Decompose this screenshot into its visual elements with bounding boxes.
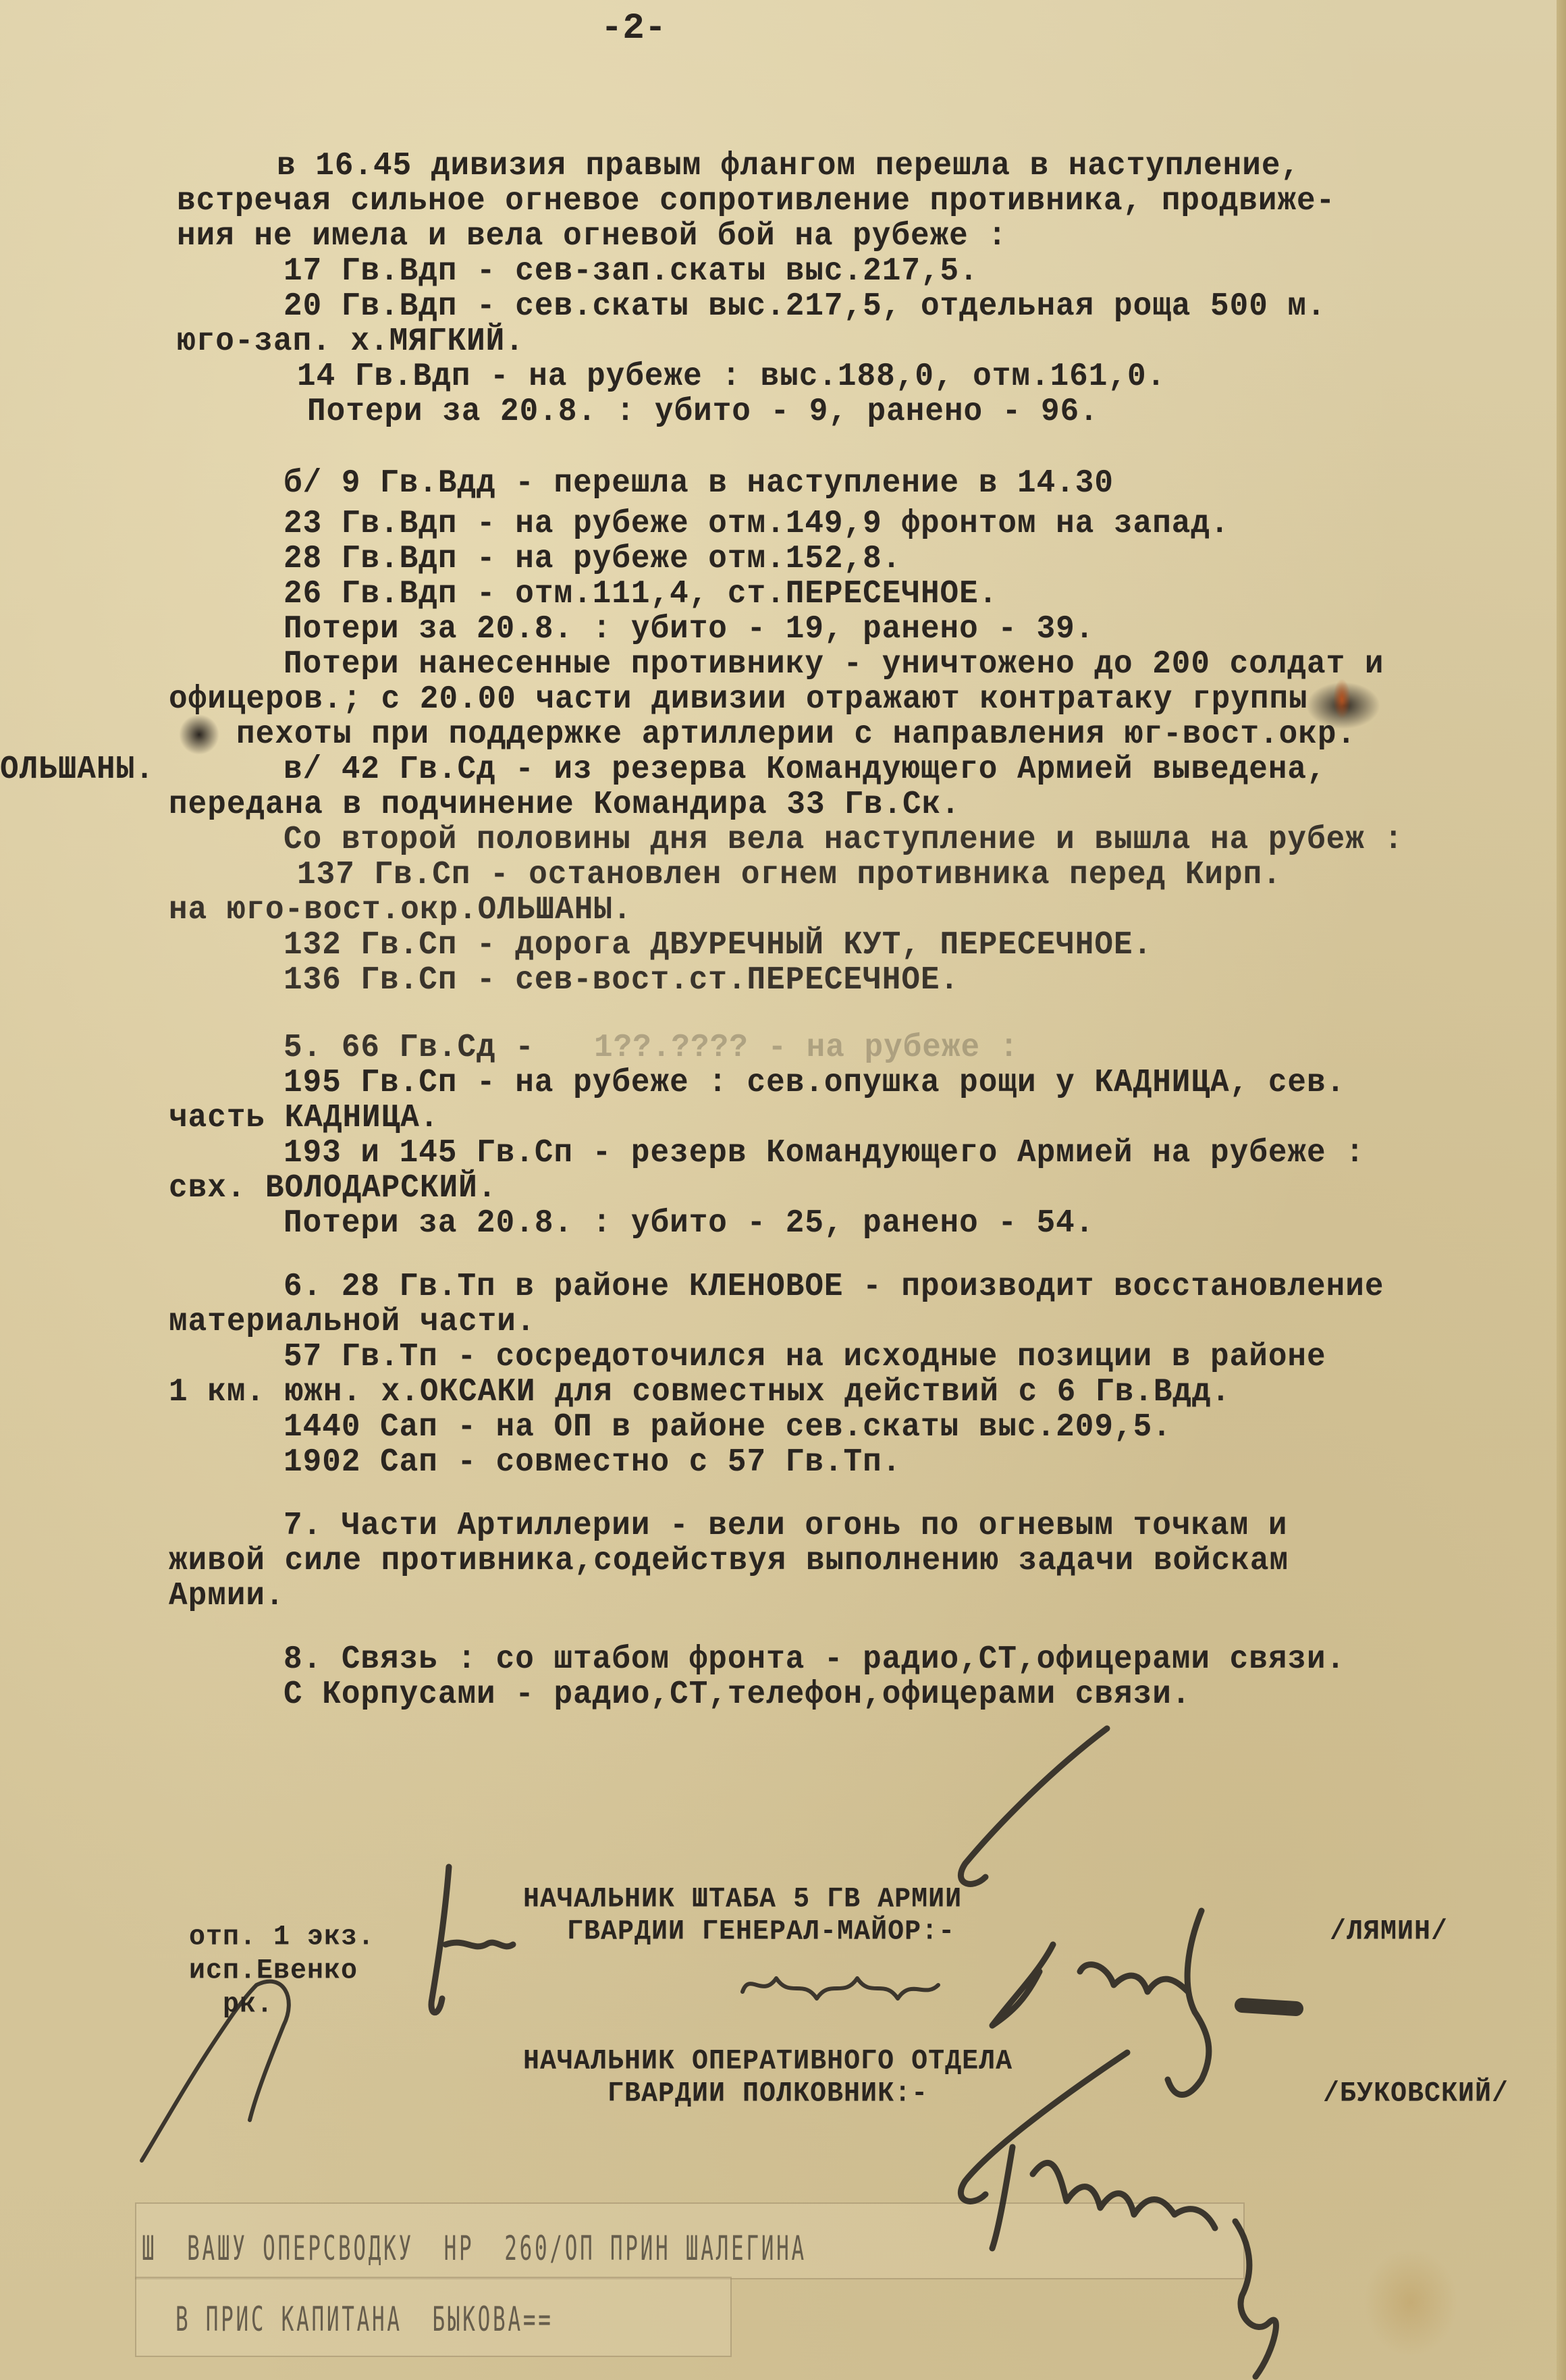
ops-chief-name: /БУКОВСКИЙ/: [1323, 2078, 1509, 2111]
text-line: 136 Гв.Сп - сев-вост.ст.ПЕРЕСЕЧНОЕ.: [283, 961, 959, 999]
water-stain: [1363, 2248, 1458, 2356]
telegram-line: Ш ВАШУ ОПЕРСВОДКУ НР 260/ОП ПРИН ШАЛЕГИН…: [142, 2228, 807, 2269]
text-line: 1 км. южн. х.ОКСАКИ для совместных дейст…: [169, 1373, 1231, 1410]
ops-chief-rank: ГВАРДИИ ПОЛКОВНИК:-: [607, 2078, 928, 2111]
text-line: Потери за 20.8. : убито - 25, ранено - 5…: [283, 1205, 1094, 1242]
text-line: 28 Гв.Вдп - на рубеже отм.152,8.: [283, 540, 901, 577]
text-line: свх. ВОЛОДАРСКИЙ.: [169, 1169, 497, 1207]
chief-of-staff-title: НАЧАЛЬНИК ШТАБА 5 ГВ АРМИИ: [523, 1884, 962, 1916]
text-line: Потери за 20.8. : убито - 19, ранено - 3…: [283, 610, 1094, 647]
text-line: в 16.45 дивизия правым флангом перешла в…: [277, 147, 1300, 184]
text-line: 26 Гв.Вдп - отм.111,4, ст.ПЕРЕСЕЧНОЕ.: [283, 575, 998, 612]
text-line: Армии.: [169, 1577, 285, 1614]
chief-of-staff-rank: ГВАРДИИ ГЕНЕРАЛ-МАЙОР:-: [567, 1916, 955, 1949]
text-line: юго-зап. х.МЯГКИЙ.: [177, 323, 524, 360]
text-line: Потери за 20.8. : убито - 9, ранено - 96…: [307, 393, 1099, 430]
text-line: 132 Гв.Сп - дорога ДВУРЕЧНЫЙ КУТ, ПЕРЕСЕ…: [283, 926, 1152, 963]
telegram-line: В ПРИС КАПИТАНА БЫКОВА==: [175, 2299, 553, 2339]
text-line: Потери нанесенные противнику - уничтожен…: [283, 645, 1384, 683]
signature-lam: [431, 1867, 449, 2013]
ink-blot: [179, 714, 219, 755]
text-line: встречая сильное огневое сопротивление п…: [177, 182, 1335, 219]
page-number: -2-: [601, 8, 666, 49]
text-line: в/ 42 Гв.Сд - из резерва Командующего Ар…: [283, 751, 1326, 788]
text-line: 6. 28 Гв.Тп в районе КЛЕНОВОЕ - производ…: [283, 1268, 1384, 1305]
copy-note-line: рк.: [223, 1989, 273, 2021]
page-edge: [1557, 0, 1566, 2380]
text-line: офицеров.; с 20.00 части дивизии отражаю…: [169, 681, 1308, 718]
text-line: 195 Гв.Сп - на рубеже : сев.опушка рощи …: [283, 1064, 1345, 1101]
text-line: 1902 Сап - совместно с 57 Гв.Тп.: [283, 1444, 901, 1481]
text-line-margin: ОЛЬШАНЫ.: [0, 751, 155, 788]
text-line: 14 Гв.Вдп - на рубеже : выс.188,0, отм.1…: [297, 358, 1166, 395]
text-line: ния не имела и вела огневой бой на рубеж…: [177, 217, 1007, 255]
document-page: -2- в 16.45 дивизия правым флангом переш…: [0, 0, 1566, 2380]
ops-chief-title: НАЧАЛЬНИК ОПЕРАТИВНОГО ОТДЕЛА: [523, 2046, 1013, 2078]
text-line: 1440 Сап - на ОП в районе сев.скаты выс.…: [283, 1408, 1172, 1446]
text-line: 57 Гв.Тп - сосредоточился на исходные по…: [283, 1338, 1326, 1375]
text-line: 5. 66 Гв.Сд -: [283, 1029, 535, 1066]
text-line: часть КАДНИЦА.: [169, 1099, 439, 1136]
text-line: 193 и 145 Гв.Сп - резерв Командующего Ар…: [283, 1134, 1365, 1171]
text-line: на юго-вост.окр.ОЛЬШАНЫ.: [169, 891, 632, 928]
copy-note-line: отп. 1 экз.: [189, 1922, 375, 1954]
chief-of-staff-name: /ЛЯМИН/: [1330, 1916, 1448, 1949]
text-line: пехоты при поддержке артиллерии с направ…: [236, 716, 1356, 753]
text-line: б/ 9 Гв.Вдд - перешла в наступление в 14…: [283, 465, 1114, 502]
text-line: 23 Гв.Вдп - на рубеже отм.149,9 фронтом …: [283, 505, 1230, 542]
copy-note-line: исп.Евенко: [189, 1955, 358, 1988]
rust-mark: [1333, 679, 1351, 719]
text-line: 20 Гв.Вдп - сев.скаты выс.217,5, отдельн…: [283, 288, 1326, 325]
text-line: материальной части.: [169, 1303, 536, 1340]
text-line-faint: 1??.???? - на рубеже :: [594, 1029, 1019, 1066]
text-line: живой силе противника,содействуя выполне…: [169, 1542, 1289, 1579]
text-line: Со второй половины дня вела наступление …: [283, 821, 1403, 858]
text-line: передана в подчинение Командира 33 Гв.Ск…: [169, 786, 961, 823]
text-line: 8. Связь : со штабом фронта - радио,СТ,о…: [283, 1641, 1345, 1678]
text-line: 7. Части Артиллерии - вели огонь по огне…: [283, 1507, 1287, 1544]
text-line: 137 Гв.Сп - остановлен огнем противника …: [297, 856, 1282, 893]
text-line: С Корпусами - радио,СТ,телефон,офицерами…: [283, 1676, 1191, 1713]
text-line: 17 Гв.Вдп - сев-зап.скаты выс.217,5.: [283, 253, 979, 290]
